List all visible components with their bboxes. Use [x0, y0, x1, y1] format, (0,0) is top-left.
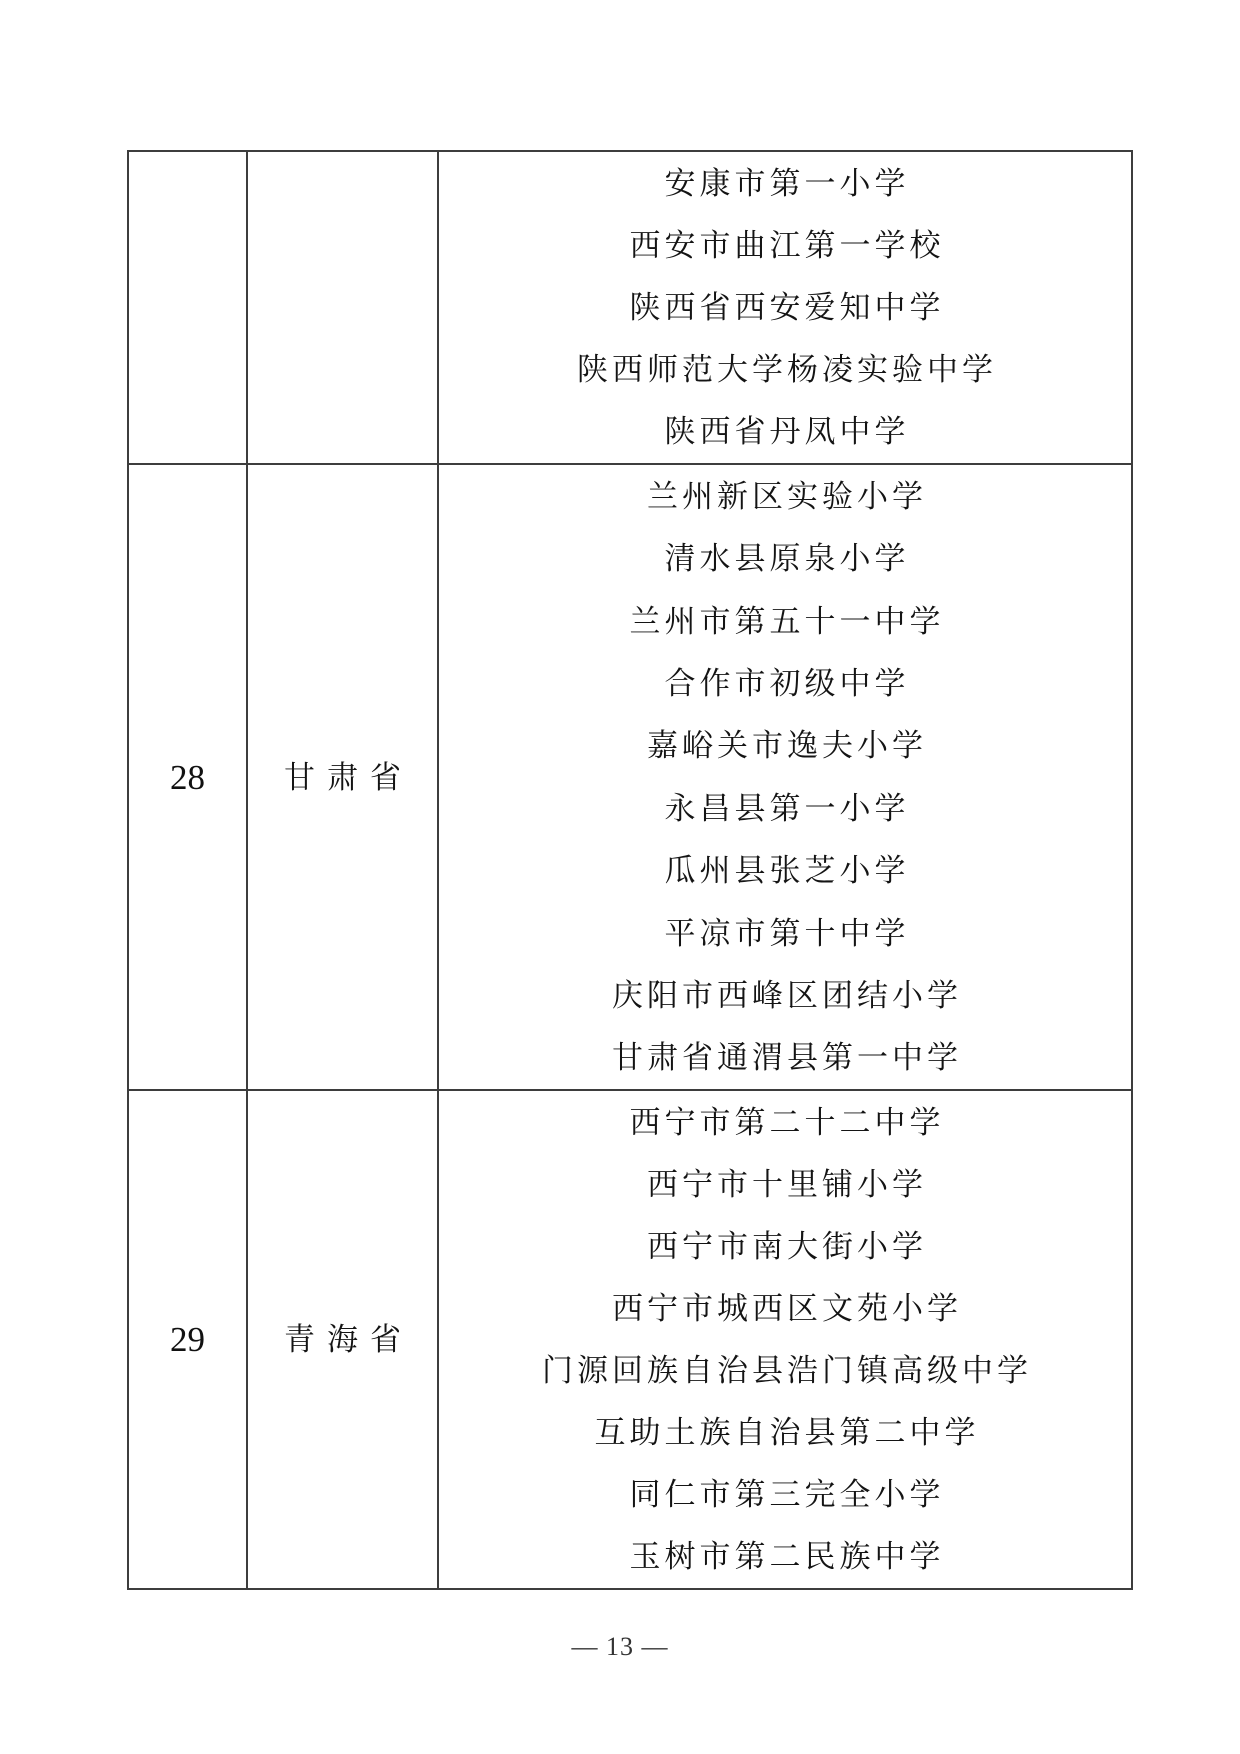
- document-page: 安康市第一小学西安市曲江第一学校陕西省西安爱知中学陕西师范大学杨凌实验中学陕西省…: [0, 0, 1240, 1754]
- row-number: 28: [170, 760, 205, 795]
- row-number-cell: 28: [129, 465, 248, 1089]
- school-name: 同仁市第三完全小学: [630, 1479, 945, 1510]
- school-name: 陕西省丹凤中学: [665, 416, 910, 447]
- school-row: 兰州新区实验小学: [439, 465, 1131, 527]
- province-cell: 青海省: [248, 1091, 439, 1588]
- schools-cell: 安康市第一小学西安市曲江第一学校陕西省西安爱知中学陕西师范大学杨凌实验中学陕西省…: [439, 152, 1131, 463]
- school-row: 陕西省西安爱知中学: [439, 276, 1131, 338]
- page-number: — 13 —: [0, 1632, 1240, 1662]
- school-row: 门源回族自治县浩门镇高级中学: [439, 1340, 1131, 1402]
- school-row: 甘肃省通渭县第一中学: [439, 1027, 1131, 1089]
- school-name: 嘉峪关市逸夫小学: [647, 730, 927, 761]
- school-name: 西宁市第二十二中学: [630, 1107, 945, 1138]
- school-name: 平凉市第十中学: [665, 918, 910, 949]
- row-number-cell: [129, 152, 248, 463]
- table-section: 安康市第一小学西安市曲江第一学校陕西省西安爱知中学陕西师范大学杨凌实验中学陕西省…: [129, 152, 1131, 463]
- school-row: 庆阳市西峰区团结小学: [439, 964, 1131, 1026]
- school-name: 互助土族自治县第二中学: [595, 1417, 980, 1448]
- school-name: 永昌县第一小学: [665, 793, 910, 824]
- school-row: 西安市曲江第一学校: [439, 214, 1131, 276]
- school-row: 安康市第一小学: [439, 152, 1131, 214]
- school-name: 玉树市第二民族中学: [630, 1541, 945, 1572]
- school-name: 兰州市第五十一中学: [630, 606, 945, 637]
- school-name: 瓜州县张芝小学: [665, 855, 910, 886]
- school-name: 陕西师范大学杨凌实验中学: [577, 354, 997, 385]
- province-cell: [248, 152, 439, 463]
- school-row: 西宁市第二十二中学: [439, 1091, 1131, 1153]
- school-row: 西宁市十里铺小学: [439, 1153, 1131, 1215]
- schools-cell: 兰州新区实验小学清水县原泉小学兰州市第五十一中学合作市初级中学嘉峪关市逸夫小学永…: [439, 465, 1131, 1089]
- school-row: 平凉市第十中学: [439, 902, 1131, 964]
- school-row: 瓜州县张芝小学: [439, 839, 1131, 901]
- table-section: 28甘肃省兰州新区实验小学清水县原泉小学兰州市第五十一中学合作市初级中学嘉峪关市…: [129, 463, 1131, 1089]
- school-row: 陕西师范大学杨凌实验中学: [439, 339, 1131, 401]
- school-name: 庆阳市西峰区团结小学: [612, 980, 962, 1011]
- province-name: 青海省: [284, 1324, 413, 1355]
- row-number: 29: [170, 1322, 205, 1357]
- school-row: 清水县原泉小学: [439, 527, 1131, 589]
- school-row: 兰州市第五十一中学: [439, 590, 1131, 652]
- school-name: 甘肃省通渭县第一中学: [612, 1042, 962, 1073]
- school-name: 西宁市十里铺小学: [647, 1169, 927, 1200]
- province-name: 甘肃省: [284, 762, 413, 793]
- school-name: 安康市第一小学: [665, 168, 910, 199]
- school-row: 玉树市第二民族中学: [439, 1526, 1131, 1588]
- school-name: 西宁市城西区文苑小学: [612, 1293, 962, 1324]
- school-name: 合作市初级中学: [665, 668, 910, 699]
- school-row: 陕西省丹凤中学: [439, 401, 1131, 463]
- school-name: 西安市曲江第一学校: [630, 230, 945, 261]
- province-cell: 甘肃省: [248, 465, 439, 1089]
- school-name: 兰州新区实验小学: [647, 481, 927, 512]
- school-row: 西宁市南大街小学: [439, 1215, 1131, 1277]
- school-table: 安康市第一小学西安市曲江第一学校陕西省西安爱知中学陕西师范大学杨凌实验中学陕西省…: [127, 150, 1133, 1590]
- school-name: 陕西省西安爱知中学: [630, 292, 945, 323]
- school-row: 合作市初级中学: [439, 652, 1131, 714]
- school-row: 永昌县第一小学: [439, 777, 1131, 839]
- schools-cell: 西宁市第二十二中学西宁市十里铺小学西宁市南大街小学西宁市城西区文苑小学门源回族自…: [439, 1091, 1131, 1588]
- school-name: 门源回族自治县浩门镇高级中学: [542, 1355, 1032, 1386]
- table-section: 29青海省西宁市第二十二中学西宁市十里铺小学西宁市南大街小学西宁市城西区文苑小学…: [129, 1089, 1131, 1588]
- school-name: 清水县原泉小学: [665, 543, 910, 574]
- row-number-cell: 29: [129, 1091, 248, 1588]
- school-row: 嘉峪关市逸夫小学: [439, 715, 1131, 777]
- school-name: 西宁市南大街小学: [647, 1231, 927, 1262]
- school-row: 互助土族自治县第二中学: [439, 1402, 1131, 1464]
- school-row: 西宁市城西区文苑小学: [439, 1277, 1131, 1339]
- school-row: 同仁市第三完全小学: [439, 1464, 1131, 1526]
